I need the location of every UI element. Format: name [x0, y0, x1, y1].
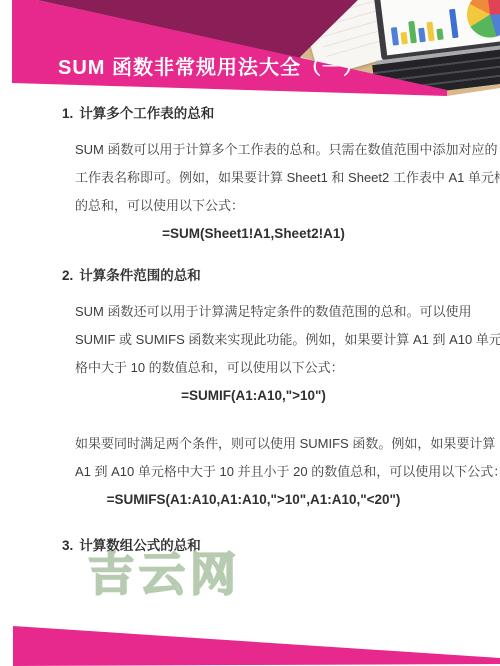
bar — [418, 28, 426, 43]
section-1-body: SUM 函数可以用于计算多个工作表的总和。只需在数值范围中添加对应的 工作表名称… — [62, 136, 445, 248]
section-3: 3.计算数组公式的总和 — [62, 532, 445, 560]
section-number: 3. — [62, 538, 73, 553]
section-title: 计算条件范围的总和 — [79, 268, 201, 283]
formula-sum-sheets: =SUM(Sheet1!A1,Sheet2!A1) — [62, 220, 445, 248]
section-2-heading: 2.计算条件范围的总和 — [62, 262, 445, 290]
bar-chart-graphic — [390, 9, 459, 46]
paragraph-line: SUMIF 或 SUMIFS 函数来实现此功能。例如，如果要计算 A1 到 A1… — [75, 326, 445, 354]
bar — [401, 32, 408, 45]
bar — [391, 27, 399, 46]
paragraph-line: A1 到 A10 单元格中大于 10 并且小于 20 的数值总和，可以使用以下公… — [75, 458, 445, 486]
bar — [408, 21, 417, 44]
bar — [449, 9, 458, 39]
paragraph-line: 的总和，可以使用以下公式： — [75, 192, 445, 220]
section-1: 1.计算多个工作表的总和 SUM 函数可以用于计算多个工作表的总和。只需在数值范… — [62, 100, 445, 248]
section-2-continued: 如果要同时满足两个条件，则可以使用 SUMIFS 函数。例如，如果要计算 A1 … — [62, 430, 445, 514]
section-2: 2.计算条件范围的总和 SUM 函数还可以用于计算满足特定条件的数值范围的总和。… — [62, 262, 445, 410]
bar — [436, 28, 443, 40]
infographic-page: SUM 函数非常规用法大全（一） 吉云网 1.计算多个工作表的总和 SUM 函数… — [0, 0, 500, 666]
bar — [426, 22, 434, 42]
paragraph-line: 工作表名称即可。例如，如果要计算 Sheet1 和 Sheet2 工作表中 A1… — [75, 164, 445, 192]
formula-sumif: =SUMIF(A1:A10,">10") — [62, 382, 445, 410]
section-3-heading: 3.计算数组公式的总和 — [62, 532, 445, 560]
section-number: 2. — [62, 268, 73, 283]
footer-shape — [0, 620, 500, 666]
section-2-body-2: 如果要同时满足两个条件，则可以使用 SUMIFS 函数。例如，如果要计算 A1 … — [62, 430, 445, 514]
section-1-heading: 1.计算多个工作表的总和 — [62, 100, 445, 128]
section-number: 1. — [62, 106, 73, 121]
section-title: 计算数组公式的总和 — [79, 538, 201, 553]
pie-chart-graphic — [464, 0, 500, 40]
paragraph-line: 如果要同时满足两个条件，则可以使用 SUMIFS 函数。例如，如果要计算 — [75, 430, 445, 458]
paragraph-line: SUM 函数还可以用于计算满足特定条件的数值范围的总和。可以使用 — [75, 298, 445, 326]
formula-sumifs: =SUMIFS(A1:A10,A1:A10,">10",A1:A10,"<20"… — [62, 486, 445, 514]
paragraph-line: SUM 函数可以用于计算多个工作表的总和。只需在数值范围中添加对应的 — [75, 136, 445, 164]
section-2-body: SUM 函数还可以用于计算满足特定条件的数值范围的总和。可以使用 SUMIF 或… — [62, 298, 445, 410]
paragraph-line: 格中大于 10 的数值总和，可以使用以下公式： — [75, 354, 445, 382]
section-title: 计算多个工作表的总和 — [79, 106, 214, 121]
